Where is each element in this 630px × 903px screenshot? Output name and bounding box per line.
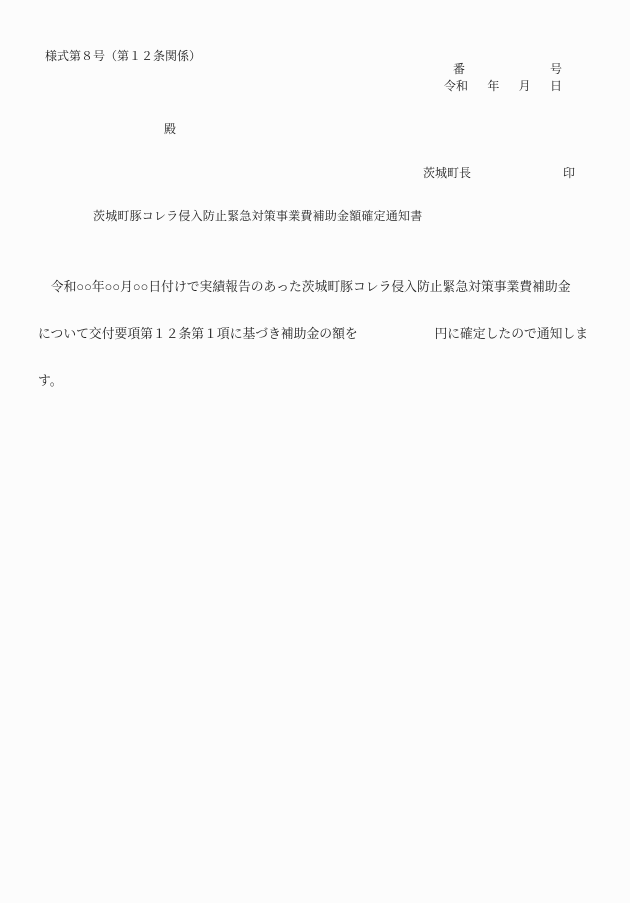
era-label: 令和 — [444, 77, 468, 94]
signer-name: 茨城町長 — [423, 164, 471, 181]
body-line: について交付要項第１２条第１項に基づき補助金の額を 円に確定したので通知しま — [38, 327, 588, 343]
date-row: 令和 年 月 日 — [444, 77, 562, 94]
month-label: 月 — [519, 77, 531, 94]
body-paragraph: 令和○○年○○月○○日付けで実績報告のあった茨城町豚コレラ侵入防止緊急対策事業費… — [38, 249, 588, 421]
seal-mark: 印 — [563, 164, 575, 181]
body-line: す。 — [38, 374, 588, 390]
document-title: 茨城町豚コレラ侵入防止緊急対策事業費補助金額確定通知書 — [93, 207, 422, 224]
day-label: 日 — [550, 77, 562, 94]
recipient-honorific: 殿 — [164, 120, 176, 137]
year-label: 年 — [487, 77, 499, 94]
body-line: 令和○○年○○月○○日付けで実績報告のあった茨城町豚コレラ侵入防止緊急対策事業費… — [38, 280, 588, 296]
document-number-suffix-label: 号 — [550, 60, 562, 77]
document-number-prefix-label: 番 — [453, 60, 465, 77]
document-number-row: 番 号 — [453, 60, 562, 77]
signature-row: 茨城町長 印 — [423, 164, 575, 181]
document-page: 様式第８号（第１２条関係） 番 号 令和 年 月 日 殿 茨城町長 印 茨城町豚… — [0, 0, 630, 903]
form-number: 様式第８号（第１２条関係） — [45, 47, 201, 64]
